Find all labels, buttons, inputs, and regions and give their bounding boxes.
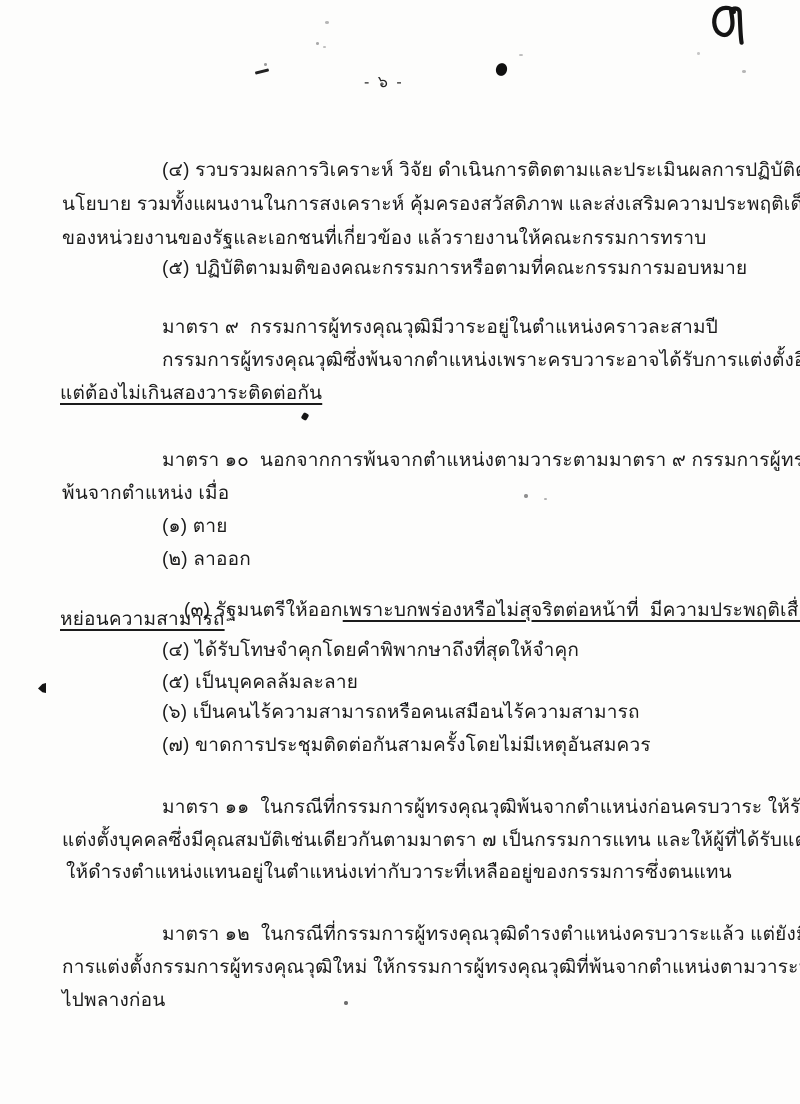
section-10-item-3-continuation-underlined: หย่อนความสามารถ	[60, 607, 225, 633]
section-11-line-3: ให้ดำรงตำแหน่งแทนอยู่ในตำแหน่งเท่ากับวาร…	[66, 860, 732, 886]
section-10-item-1: (๑) ตาย	[162, 514, 228, 540]
section-10-item-5: (๕) เป็นบุคคลล้มละลาย	[162, 670, 358, 696]
clause-4-line-3: ของหน่วยงานของรัฐและเอกชนที่เกี่ยวข้อง แ…	[62, 226, 706, 252]
scanned-document-page: - ๖ - (๔) รวบรวมผลการวิเคราะห์ วิจัย ดำเ…	[0, 0, 800, 1104]
scan-artifact-dash	[255, 68, 269, 74]
section-9-line-1: มาตรา ๙ กรรมการผู้ทรงคุณวุฒิมีวาระอยู่ใน…	[162, 315, 718, 341]
section-9-line-3-underlined: แต่ต้องไม่เกินสองวาระติดต่อกัน	[60, 381, 322, 407]
scan-artifact-speck	[323, 46, 326, 48]
scan-artifact-speck	[316, 42, 319, 45]
scan-artifact-speck	[697, 52, 700, 55]
clause-5-line-1: (๕) ปฏิบัติตามมติของคณะกรรมการหรือตามที่…	[162, 256, 747, 282]
scan-artifact-speck	[524, 494, 528, 498]
clause-4-line-2: นโยบาย รวมทั้งแผนงานในการสงเคราะห์ คุ้มค…	[62, 192, 800, 218]
handwritten-page-mark	[708, 2, 750, 54]
section-11-line-2: แต่งตั้งบุคคลซึ่งมีคุณสมบัติเช่นเดียวกัน…	[62, 828, 800, 854]
section-10-item-4: (๔) ได้รับโทษจำคุกโดยคำพิพากษาถึงที่สุดใ…	[162, 638, 579, 664]
section-10-line-1: มาตรา ๑๐ นอกจากการพ้นจากตำแหน่งตามวาระตา…	[162, 448, 800, 474]
section-12-line-3: ไปพลางก่อน	[62, 988, 165, 1014]
section-12-line-2: การแต่งตั้งกรรมการผู้ทรงคุณวุฒิใหม่ ให้ก…	[62, 955, 800, 981]
scan-artifact-speck	[742, 70, 746, 73]
scan-artifact-speck	[325, 21, 329, 24]
section-10-item-6: (๖) เป็นคนไร้ความสามารถหรือคนเสมือนไร้คว…	[162, 700, 640, 726]
scan-artifact-small-dot	[301, 412, 310, 421]
scan-artifact-speck	[264, 63, 267, 66]
scan-artifact-speck	[544, 498, 547, 500]
scan-artifact-speck	[344, 1001, 348, 1005]
scan-artifact-speck	[519, 54, 523, 56]
section-10-item-3-underlined: เพราะบกพร่องหรือไม่สุจริตต่อหน้าที่ มีคว…	[343, 600, 800, 621]
page-number: - ๖ -	[364, 70, 404, 95]
scan-artifact-ink-dot	[494, 62, 508, 78]
section-10-item-7: (๗) ขาดการประชุมติดต่อกันสามครั้งโดยไม่ม…	[162, 733, 651, 759]
section-11-line-1: มาตรา ๑๑ ในกรณีที่กรรมการผู้ทรงคุณวุฒิพ้…	[162, 795, 800, 821]
section-10-line-2: พ้นจากตำแหน่ง เมื่อ	[62, 481, 229, 507]
section-10-item-2: (๒) ลาออก	[162, 547, 251, 573]
section-12-line-1: มาตรา ๑๒ ในกรณีที่กรรมการผู้ทรงคุณวุฒิดำ…	[162, 922, 800, 948]
scan-artifact-left-edge-mark	[38, 683, 46, 693]
section-9-line-2: กรรมการผู้ทรงคุณวุฒิซึ่งพ้นจากตำแหน่งเพร…	[162, 348, 800, 374]
clause-4-line-1: (๔) รวบรวมผลการวิเคราะห์ วิจัย ดำเนินการ…	[162, 158, 800, 184]
